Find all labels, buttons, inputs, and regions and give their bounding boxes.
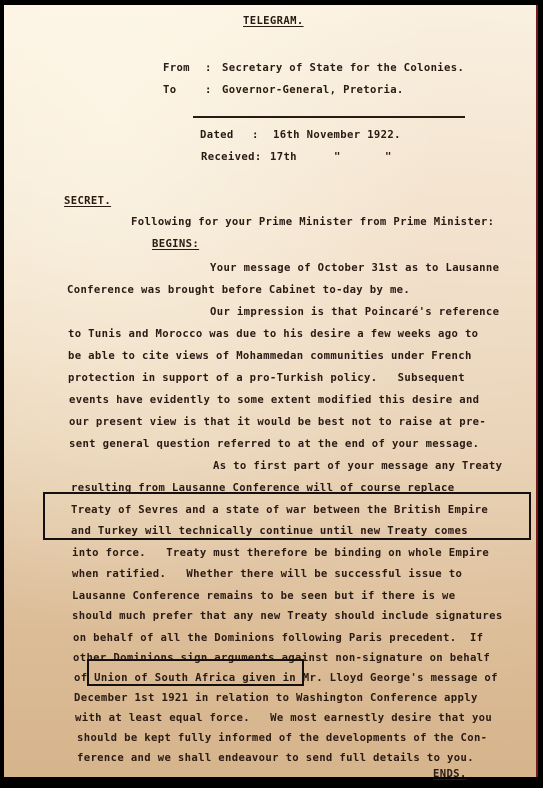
body-line: protection in support of a pro-Turkish p… (68, 371, 465, 385)
body-line: sent general question referred to at the… (69, 437, 479, 451)
document-title: TELEGRAM. (243, 14, 304, 28)
body-line: when ratified. Whether there will be suc… (72, 567, 462, 581)
intro-line: Following for your Prime Minister from P… (131, 215, 494, 229)
header-divider (193, 116, 465, 118)
from-label: From (163, 61, 190, 75)
body-line: As to first part of your message any Tre… (213, 459, 502, 473)
body-line: to Tunis and Morocco was due to his desi… (68, 327, 478, 341)
classification-label: SECRET. (64, 194, 111, 208)
body-line: into force. Treaty must therefore be bin… (72, 546, 489, 560)
ditto-mark: " (334, 150, 341, 164)
highlight-box-union-of-south-africa (87, 659, 304, 686)
body-line: events have evidently to some extent mod… (69, 393, 479, 407)
from-colon: : (205, 61, 212, 75)
body-line: our present view is that it would be bes… (69, 415, 486, 429)
to-value: Governor-General, Pretoria. (222, 83, 404, 97)
received-value: 17th (270, 150, 297, 164)
received-label: Received: (201, 150, 262, 164)
highlight-box-treaty-of-sevres (43, 492, 531, 540)
body-line: Our impression is that Poincaré's refere… (210, 305, 499, 319)
body-line: on behalf of all the Dominions following… (73, 631, 483, 645)
body-line: Conference was brought before Cabinet to… (67, 283, 410, 297)
body-line: should be kept fully informed of the dev… (77, 731, 487, 745)
ends-label: ENDS. (433, 767, 467, 781)
body-line: Your message of October 31st as to Lausa… (210, 261, 499, 275)
dated-colon: : (252, 128, 259, 142)
body-line: Lausanne Conference remains to be seen b… (72, 589, 456, 603)
begins-label: BEGINS: (152, 237, 199, 251)
dated-value: 16th November 1922. (273, 128, 401, 142)
ditto-mark: " (385, 150, 392, 164)
to-colon: : (205, 83, 212, 97)
body-line: should much prefer that any new Treaty s… (72, 609, 503, 623)
telegram-document: TELEGRAM. From : Secretary of State for … (0, 0, 543, 788)
body-line: be able to cite views of Mohammedan comm… (68, 349, 472, 363)
body-line: with at least equal force. We most earne… (75, 711, 492, 725)
body-line: December 1st 1921 in relation to Washing… (74, 691, 478, 705)
dated-label: Dated (200, 128, 234, 142)
to-label: To (163, 83, 176, 97)
body-line: ference and we shall endeavour to send f… (77, 751, 474, 765)
from-value: Secretary of State for the Colonies. (222, 61, 464, 75)
